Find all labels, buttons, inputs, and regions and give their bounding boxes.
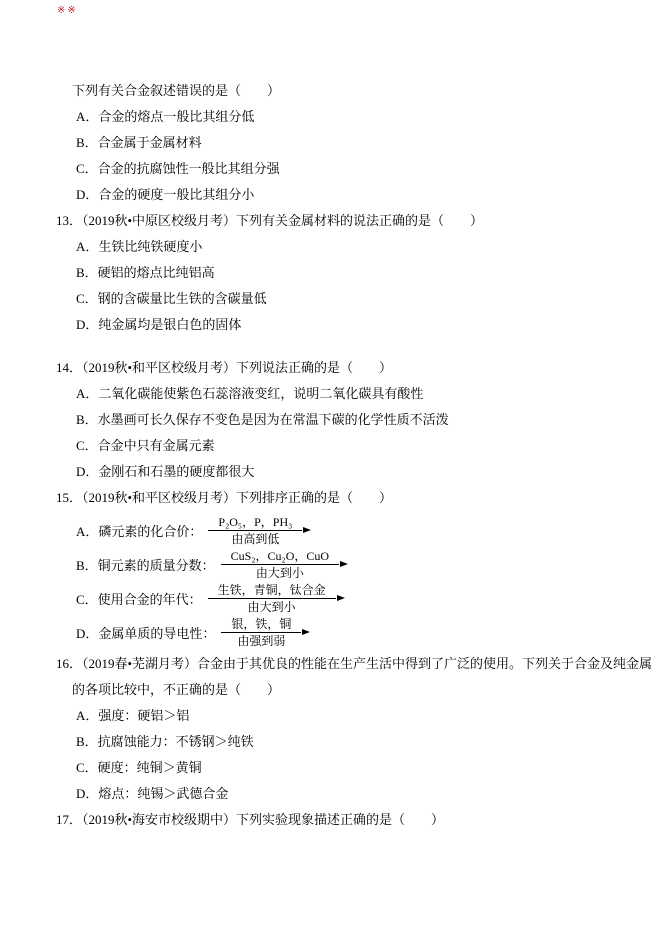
question-block-16: 16．（2019春•芜湖月考）合金由于其优良的性能在生产生活中得到了广泛的使用。… [0, 655, 631, 802]
option-d: D．金刚石和石墨的硬度都很大 [0, 463, 631, 480]
question-stem: 13．（2019秋•中原区校级月考）下列有关金属材料的说法正确的是（ ） [0, 212, 631, 229]
sequence-items: 生铁，青铜，钛合金 [208, 583, 336, 598]
option-a: A．磷元素的化合价： P₂O₅，P，PH₃ 由高到低 [0, 515, 631, 546]
arrow-right-icon [303, 527, 311, 533]
arrow-right-icon [302, 629, 310, 635]
option-d: D．合金的硬度一般比其组分小 [0, 186, 631, 203]
option-c: C．硬度：纯铜＞黄铜 [0, 759, 631, 776]
question-stem: 17．（2019秋•海安市校级期中）下列实验现象描述正确的是（ ） [0, 811, 631, 828]
option-label: A．磷元素的化合价： [76, 521, 202, 540]
sequence-items: 银，铁，铜 [221, 617, 301, 632]
sequence-direction: 由大到小 [256, 565, 304, 580]
question-stem-continued: 的各项比较中，不正确的是（ ） [0, 681, 631, 698]
question-block-17: 17．（2019秋•海安市校级期中）下列实验现象描述正确的是（ ） [0, 811, 631, 828]
question-block-15: 15．（2019秋•和平区校级月考）下列排序正确的是（ ） A．磷元素的化合价：… [0, 489, 631, 648]
question-stem: 14．（2019秋•和平区校级月考）下列说法正确的是（ ） [0, 359, 631, 376]
sequence-fraction: 银，铁，铜 由强到弱 [221, 617, 301, 648]
sequence-fraction: CuS₂，Cu₂O，CuO 由大到小 [221, 549, 339, 580]
option-c: C．钢的含碳量比生铁的含碳量低 [0, 290, 631, 307]
option-a: A．二氧化碳能使紫色石蕊溶液变红，说明二氧化碳具有酸性 [0, 385, 631, 402]
sequence-fraction: P₂O₅，P，PH₃ 由高到低 [208, 515, 302, 546]
sequence-items: P₂O₅，P，PH₃ [208, 515, 302, 530]
arrow-line [221, 564, 339, 565]
option-c: C．合金中只有金属元素 [0, 437, 631, 454]
sequence-direction: 由高到低 [231, 531, 279, 546]
sequence-direction: 由强到弱 [237, 633, 285, 648]
option-b: B．水墨画可长久保存不变色是因为在常温下碳的化学性质不活泼 [0, 411, 631, 428]
document-page: 下列有关合金叙述错误的是（ ） A．合金的熔点一般比其组分低 B．合金属于金属材… [0, 0, 661, 828]
option-a: A．合金的熔点一般比其组分低 [0, 108, 631, 125]
option-c: C．合金的抗腐蚀性一般比其组分强 [0, 160, 631, 177]
option-label: B．铜元素的质量分数： [76, 555, 215, 574]
option-b: B．抗腐蚀能力：不锈钢＞纯铁 [0, 733, 631, 750]
option-b: B．铜元素的质量分数： CuS₂，Cu₂O，CuO 由大到小 [0, 549, 631, 580]
option-label: C．使用合金的年代： [76, 589, 202, 608]
arrow-line [221, 632, 301, 633]
arrow-right-icon [340, 561, 348, 567]
question-block-12: 下列有关合金叙述错误的是（ ） A．合金的熔点一般比其组分低 B．合金属于金属材… [0, 82, 631, 203]
option-d: D．熔点：纯锡＞武德合金 [0, 785, 631, 802]
question-block-13: 13．（2019秋•中原区校级月考）下列有关金属材料的说法正确的是（ ） A．生… [0, 212, 631, 333]
sequence-items: CuS₂，Cu₂O，CuO [221, 549, 339, 564]
option-d: D．纯金属均是银白色的固体 [0, 316, 631, 333]
option-b: B．硬铝的熔点比纯铝高 [0, 264, 631, 281]
option-label: D．金属单质的导电性： [76, 623, 215, 642]
arrow-line [208, 598, 336, 599]
question-stem: 15．（2019秋•和平区校级月考）下列排序正确的是（ ） [0, 489, 631, 506]
option-b: B．合金属于金属材料 [0, 134, 631, 151]
arrow-line [208, 530, 302, 531]
option-a: A．强度：硬铝＞铝 [0, 707, 631, 724]
option-c: C．使用合金的年代： 生铁，青铜，钛合金 由大到小 [0, 583, 631, 614]
question-stem: 16．（2019春•芜湖月考）合金由于其优良的性能在生产生活中得到了广泛的使用。… [0, 655, 631, 672]
option-a: A．生铁比纯铁硬度小 [0, 238, 631, 255]
corner-mark: ※※ [57, 5, 78, 16]
sequence-fraction: 生铁，青铜，钛合金 由大到小 [208, 583, 336, 614]
sequence-direction: 由大到小 [248, 599, 296, 614]
arrow-right-icon [337, 595, 345, 601]
question-block-14: 14．（2019秋•和平区校级月考）下列说法正确的是（ ） A．二氧化碳能使紫色… [0, 359, 631, 480]
question-stem: 下列有关合金叙述错误的是（ ） [0, 82, 631, 99]
option-d: D．金属单质的导电性： 银，铁，铜 由强到弱 [0, 617, 631, 648]
